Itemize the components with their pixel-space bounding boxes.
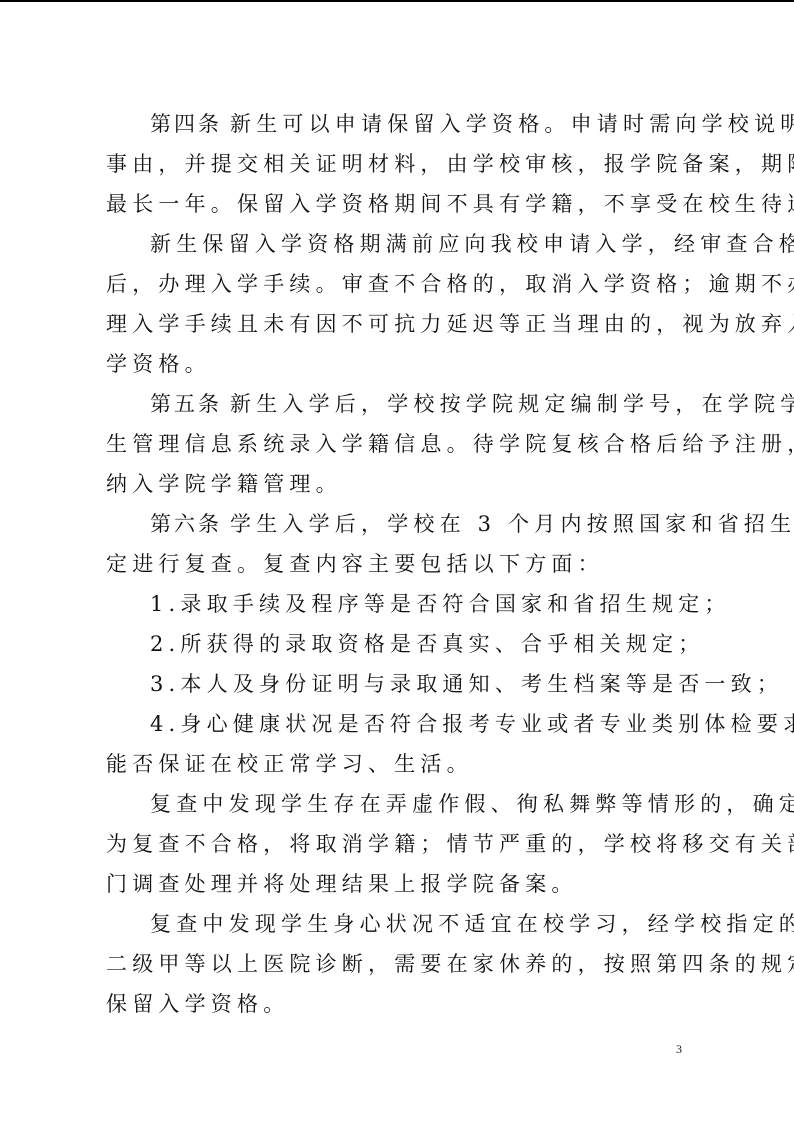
text-line: 新生保留入学资格期满前应向我校申请入学，经审查合格	[106, 224, 692, 264]
text-line: 门调查处理并将处理结果上报学院备案。	[106, 864, 692, 904]
text-line: 学资格。	[106, 344, 692, 384]
list-item: 1.录取手续及程序等是否符合国家和省招生规定；	[106, 584, 692, 624]
page-number: 3	[676, 1042, 682, 1057]
text-line: 能否保证在校正常学习、生活。	[106, 744, 692, 784]
article-label: 第六条	[150, 512, 222, 536]
list-item: 4.身心健康状况是否符合报考专业或者专业类别体检要求，	[106, 704, 692, 744]
text-line: 事由，并提交相关证明材料，由学校审核，报学院备案，期限	[106, 144, 692, 184]
list-item: 2.所获得的录取资格是否真实、合乎相关规定；	[106, 624, 692, 664]
top-border-line	[0, 0, 794, 2]
text-line: 复查中发现学生存在弄虚作假、徇私舞弊等情形的，确定	[106, 784, 692, 824]
text-line: 第五条新生入学后，学校按学院规定编制学号，在学院学	[106, 384, 692, 424]
text-line: 保留入学资格。	[106, 984, 692, 1024]
text-line: 纳入学院学籍管理。	[106, 464, 692, 504]
text-line: 生管理信息系统录入学籍信息。待学院复核合格后给予注册，	[106, 424, 692, 464]
text-line: 后，办理入学手续。审查不合格的，取消入学资格；逾期不办	[106, 264, 692, 304]
document-body: 第四条新生可以申请保留入学资格。申请时需向学校说明 事由，并提交相关证明材料，由…	[106, 104, 692, 1024]
text-line: 复查中发现学生身心状况不适宜在校学习，经学校指定的	[106, 904, 692, 944]
text-line: 最长一年。保留入学资格期间不具有学籍，不享受在校生待遇。	[106, 184, 692, 224]
text-line: 第六条学生入学后，学校在 3 个月内按照国家和省招生规	[106, 504, 692, 544]
text-line: 二级甲等以上医院诊断，需要在家休养的，按照第四条的规定	[106, 944, 692, 984]
article-label: 第五条	[150, 392, 222, 416]
list-item: 3.本人及身份证明与录取通知、考生档案等是否一致；	[106, 664, 692, 704]
article-label: 第四条	[150, 112, 222, 136]
text-line: 理入学手续且未有因不可抗力延迟等正当理由的，视为放弃入	[106, 304, 692, 344]
text-line: 第四条新生可以申请保留入学资格。申请时需向学校说明	[106, 104, 692, 144]
text-line: 定进行复查。复查内容主要包括以下方面：	[106, 544, 692, 584]
text-line: 为复查不合格，将取消学籍；情节严重的，学校将移交有关部	[106, 824, 692, 864]
